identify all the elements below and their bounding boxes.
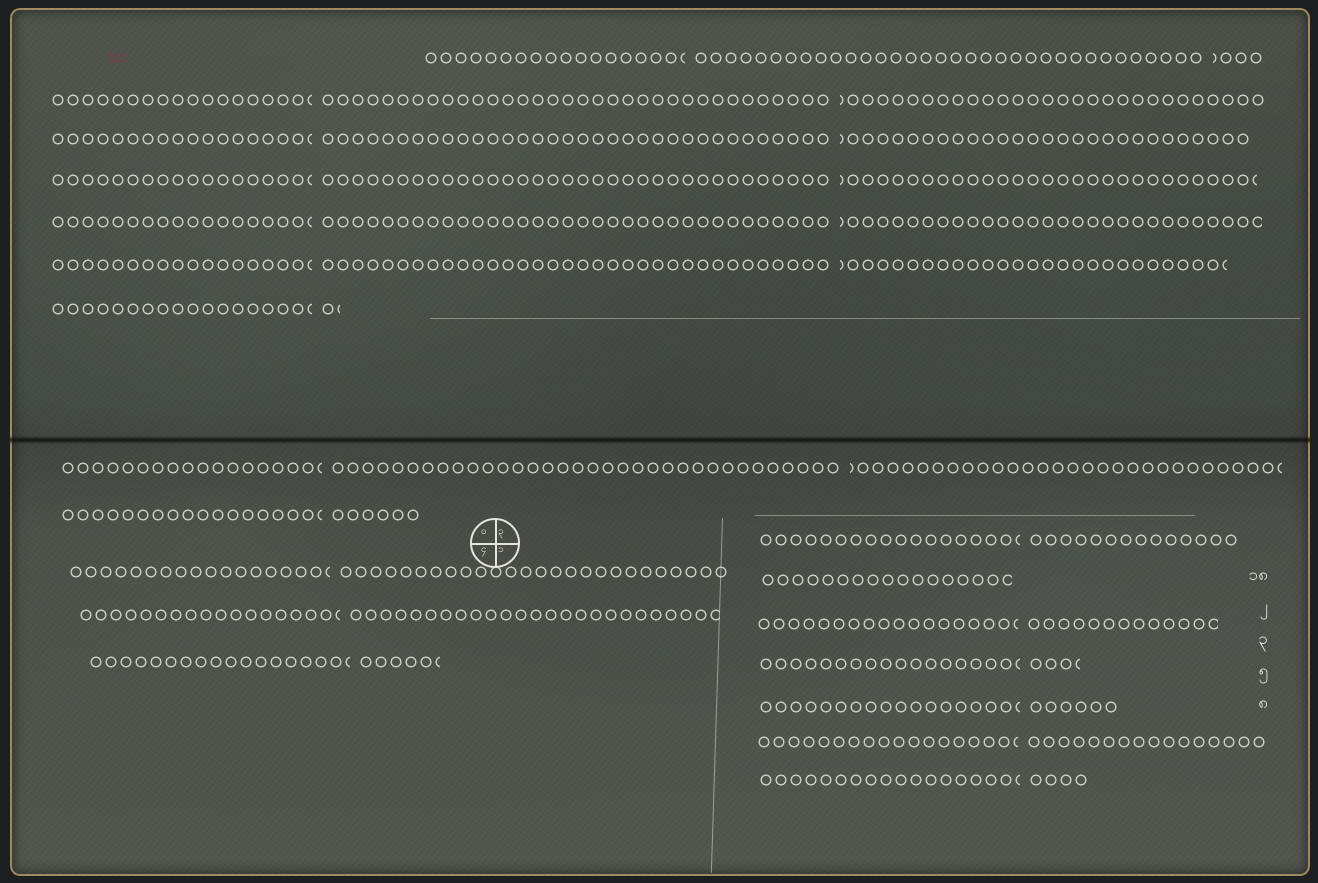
script-line xyxy=(52,253,1227,275)
margin-numeral: ၂ xyxy=(1228,596,1268,628)
script-line xyxy=(52,297,340,319)
handwritten-script xyxy=(52,88,1267,110)
right-column-line xyxy=(760,528,1240,550)
script-line xyxy=(52,168,1257,190)
right-column-line xyxy=(758,730,1268,752)
script-line xyxy=(52,127,1252,149)
circle-quadrant: ၃ xyxy=(498,527,504,537)
margin-numeral: ၁၈ xyxy=(1228,564,1268,596)
handwritten-script xyxy=(52,253,1227,275)
handwritten-script xyxy=(52,210,1262,232)
left-column-line xyxy=(80,603,720,625)
margin-numeral: ၅ xyxy=(1228,660,1268,692)
handwritten-script xyxy=(762,568,1012,590)
handwritten-script xyxy=(90,650,440,672)
circle-quadrant: ၄ xyxy=(481,545,487,555)
handwritten-script xyxy=(62,503,422,525)
right-box-top-rule xyxy=(755,515,1195,516)
script-line xyxy=(425,46,1265,68)
handwritten-script xyxy=(758,612,1218,634)
upper-ruled-line xyxy=(430,318,1300,319)
handwritten-script xyxy=(52,168,1257,190)
handwritten-script xyxy=(62,456,1282,478)
circle-diagram-vertical-divider xyxy=(495,520,497,566)
fold-crease xyxy=(10,436,1310,444)
handwritten-script xyxy=(52,297,340,319)
handwritten-script xyxy=(760,652,1080,674)
left-column-line xyxy=(90,650,440,672)
page-number: ၁၀ xyxy=(106,42,125,72)
manuscript-sheet: ၁၀ ၀ ၃ ၄ ၁ ၁၈ ၂ ၃ ၅ ၈ xyxy=(10,8,1310,876)
handwritten-script xyxy=(425,46,1265,68)
margin-numeral: ၃ xyxy=(1228,628,1268,660)
right-column-line xyxy=(760,768,1090,790)
script-line xyxy=(62,503,422,525)
script-line xyxy=(62,456,1282,478)
left-column-line xyxy=(70,560,730,582)
circle-diagram: ၀ ၃ ၄ ၁ xyxy=(470,518,520,568)
right-column-line xyxy=(762,568,1012,590)
handwritten-script xyxy=(760,528,1240,550)
margin-numeral: ၈ xyxy=(1228,692,1268,724)
right-column-line xyxy=(760,652,1080,674)
right-column-line xyxy=(758,612,1218,634)
handwritten-script xyxy=(80,603,720,625)
handwritten-script xyxy=(52,127,1252,149)
handwritten-script xyxy=(758,730,1268,752)
handwritten-script xyxy=(760,695,1120,717)
handwritten-script xyxy=(70,560,730,582)
circle-quadrant: ၁ xyxy=(498,545,504,555)
margin-numerals: ၁၈ ၂ ၃ ၅ ၈ xyxy=(1228,564,1268,724)
right-column-line xyxy=(760,695,1120,717)
handwritten-script xyxy=(760,768,1090,790)
script-line xyxy=(52,210,1262,232)
script-line xyxy=(52,88,1267,110)
circle-quadrant: ၀ xyxy=(481,527,487,537)
